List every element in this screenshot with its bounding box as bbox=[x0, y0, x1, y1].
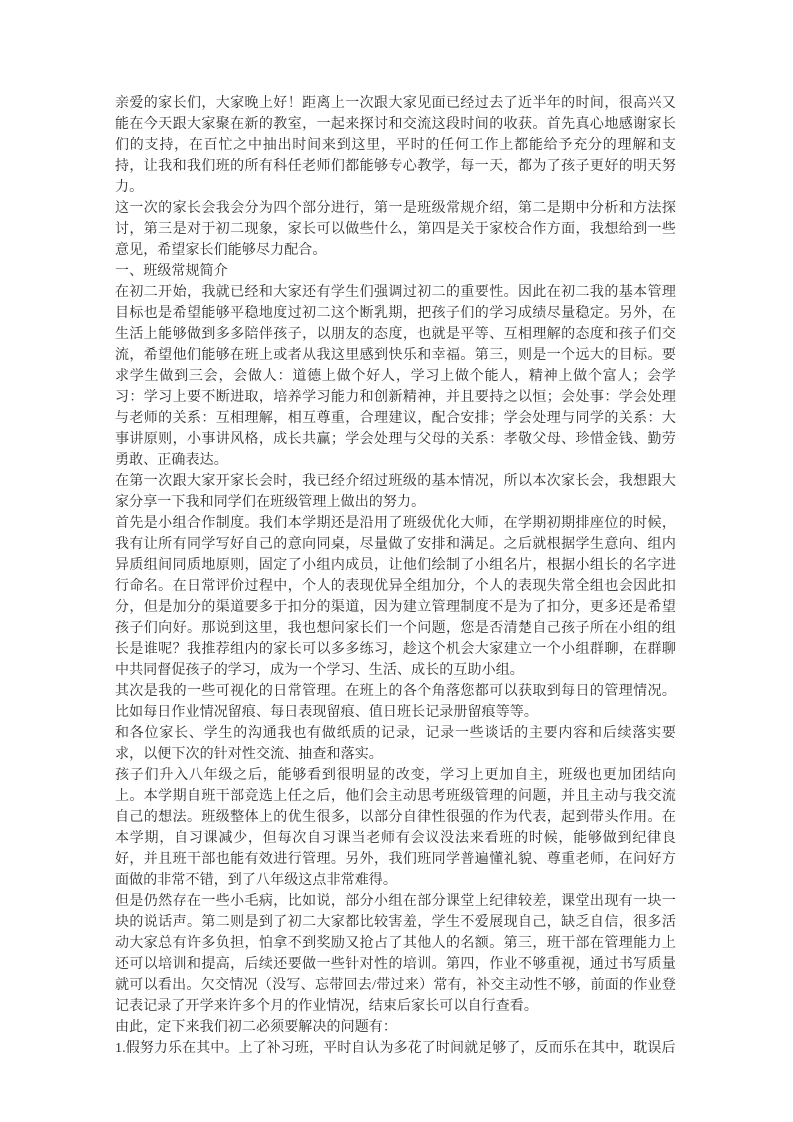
document-page: 亲爱的家长们，大家晚上好！距离上一次跟大家见面已经过去了近半年的时间，很高兴又能… bbox=[0, 0, 793, 1122]
document-body: 亲爱的家长们，大家晚上好！距离上一次跟大家见面已经过去了近半年的时间，很高兴又能… bbox=[115, 93, 676, 1059]
section-heading: 一、班级常规简介 bbox=[115, 261, 676, 282]
paragraph: 其次是我的一些可视化的日常管理。在班上的各个角落您都可以获取到每日的管理情况。比… bbox=[115, 681, 676, 723]
paragraph: 在第一次跟大家开家长会时，我已经介绍过班级的基本情况，所以本次家长会，我想跟大家… bbox=[115, 471, 676, 513]
paragraph: 孩子们升入八年级之后，能够看到很明显的改变，学习上更加自主，班级也更加团结向上。… bbox=[115, 765, 676, 891]
paragraph: 由此，定下来我们初二必须要解决的问题有： bbox=[115, 1017, 676, 1038]
paragraph: 和各位家长、学生的沟通我也有做纸质的记录，记录一些谈话的主要内容和后续落实要求，… bbox=[115, 723, 676, 765]
paragraph: 但是仍然存在一些小毛病，比如说，部分小组在部分课堂上纪律较差，课堂出现有一块一块… bbox=[115, 891, 676, 1017]
paragraph: 首先是小组合作制度。我们本学期还是沿用了班级优化大师，在学期初期排座位的时候，我… bbox=[115, 513, 676, 681]
paragraph: 1.假努力乐在其中。上了补习班，平时自认为多花了时间就足够了，反而乐在其中，耽误… bbox=[115, 1038, 676, 1059]
paragraph: 在初二开始，我就已经和大家还有学生们强调过初二的重要性。因此在初二我的基本管理目… bbox=[115, 282, 676, 471]
paragraph: 这一次的家长会我会分为四个部分进行，第一是班级常规介绍，第二是期中分析和方法探讨… bbox=[115, 198, 676, 261]
paragraph: 亲爱的家长们，大家晚上好！距离上一次跟大家见面已经过去了近半年的时间，很高兴又能… bbox=[115, 93, 676, 198]
